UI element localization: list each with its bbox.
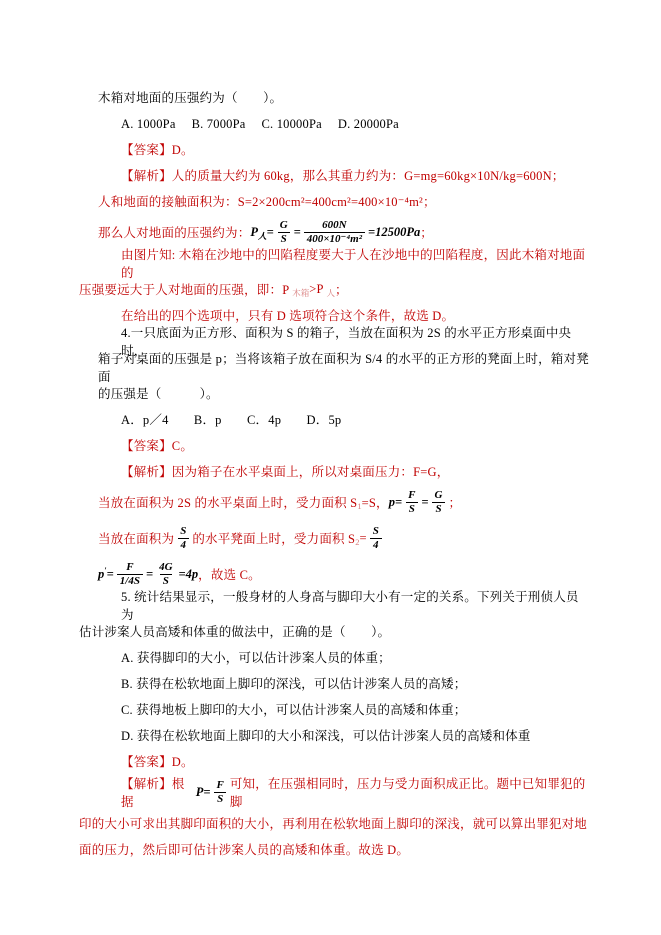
document-line-21: A. 获得脚印的大小，可以估计涉案人员的体重；: [79, 644, 591, 670]
text-segment: 2: [355, 537, 359, 547]
document-line-4: 【解析】人的质量大约为 60kg，那么其重力约为：G=mg=60kg×10N/k…: [79, 162, 591, 188]
text-segment: ；: [420, 223, 433, 241]
fraction-numerator: F: [123, 561, 136, 573]
fraction-numerator: S: [177, 525, 189, 537]
document-line-28: 面的压力，然后即可估计涉案人员的高矮和体重。故选 D。: [79, 836, 591, 862]
text-segment: 5. 统计结果显示，一般身材的人身高与脚印大小有一定的关系。下列关于刑侦人员为: [121, 587, 591, 623]
fraction-denominator: S: [406, 502, 418, 515]
document-line-1: 木箱对地面的压强约为（ ）。: [79, 84, 591, 110]
text-segment: 印的大小可求出其脚印面积的大小，再利用在松软地面上脚印的深浅，就可以算出罪犯对地: [79, 814, 587, 832]
fraction-numerator: S: [370, 525, 382, 537]
fraction-denominator: S: [278, 232, 290, 245]
text-segment: 面的压力，然后即可估计涉案人员的高矮和体重。故选 D。: [79, 840, 409, 858]
text-segment: =: [294, 225, 301, 240]
text-segment: 当放在面积为 2S 的水平桌面上时，受力面积 S: [98, 493, 357, 511]
text-segment: =: [359, 531, 366, 546]
document-line-19: 5. 统计结果显示，一般身材的人身高与脚印大小有一定的关系。下列关于刑侦人员为: [79, 592, 591, 618]
text-segment: =: [146, 567, 153, 582]
text-segment: 【答案】D。: [121, 140, 194, 158]
fraction: 4GS: [156, 561, 175, 586]
text-segment: 在给出的四个选项中，只有 D 选项符合这个条件，故选 D。: [121, 306, 454, 324]
fraction-denominator: S: [432, 502, 444, 515]
text-segment: D. 获得在松软地面上脚印的大小和深浅，可以估计涉案人员的高矮和体重: [121, 726, 531, 744]
text-segment: ′: [104, 565, 106, 575]
text-segment: 【答案】C。: [121, 436, 193, 454]
document-line-22: B. 获得在松软地面上脚印的深浅，可以估计涉案人员的高矮；: [79, 670, 591, 696]
text-segment: =12500Pa: [368, 225, 420, 240]
text-segment: 【解析】因为箱子在水平桌面上，所以对桌面压力：F=G，: [121, 462, 449, 480]
text-segment: 木箱: [292, 287, 309, 299]
text-segment: =S，: [362, 493, 389, 511]
document-line-25: 【答案】D。: [79, 748, 591, 774]
document-line-13: A．p／4 B．p C．4p D．5p: [79, 406, 591, 432]
text-segment: A．p／4 B．p C．4p D．5p: [121, 410, 341, 428]
fraction: F1/4S: [117, 561, 143, 586]
text-segment: 人和地面的接触面积为：S=2×200cm²=400cm²=400×10⁻⁴m²；: [98, 192, 436, 210]
fraction-numerator: G: [432, 489, 446, 501]
fraction: FS: [405, 489, 418, 514]
document-line-17: 当放在面积为S4的水平凳面上时，受力面积 S2=S4: [79, 520, 591, 556]
fraction-denominator: 1/4S: [117, 574, 143, 587]
document-body: 木箱对地面的压强约为（ ）。A. 1000Pa B. 7000Pa C. 100…: [79, 84, 591, 862]
text-segment: P: [250, 225, 258, 240]
document-line-7: 由图片知: 木箱在沙地中的凹陷程度要大于人在沙地中的凹陷程度，因此木箱对地面的: [79, 250, 591, 276]
document-line-15: 【解析】因为箱子在水平桌面上，所以对桌面压力：F=G，: [79, 458, 591, 484]
document-line-16: 当放在面积为 2S 的水平桌面上时，受力面积 S1=S，p=FS=GS；: [79, 484, 591, 520]
text-segment: P: [196, 785, 204, 800]
text-segment: 【答案】D。: [121, 752, 194, 770]
text-segment: =: [267, 225, 274, 240]
text-segment: =: [107, 567, 114, 582]
fraction-denominator: 4: [370, 538, 382, 551]
fraction: S4: [177, 525, 189, 550]
text-segment: C. 获得地板上脚印的大小，可以估计涉案人员的高矮和体重；: [121, 700, 466, 718]
text-segment: ；: [449, 493, 462, 511]
text-segment: 人: [327, 287, 336, 299]
text-segment: 人: [258, 230, 267, 242]
fraction-numerator: F: [405, 489, 418, 501]
text-segment: ，故选 C。: [198, 565, 261, 583]
text-segment: =: [421, 495, 428, 510]
fraction: FS: [213, 779, 226, 804]
document-line-24: D. 获得在松软地面上脚印的大小和深浅，可以估计涉案人员的高矮和体重: [79, 722, 591, 748]
fraction: S4: [370, 525, 382, 550]
text-segment: 当放在面积为: [98, 529, 174, 547]
fraction: 600N400×10⁻⁴m²: [304, 219, 365, 244]
text-segment: 1: [357, 501, 361, 511]
fraction: GS: [277, 219, 291, 244]
document-line-2: A. 1000Pa B. 7000Pa C. 10000Pa D. 20000P…: [79, 110, 591, 136]
text-segment: 木箱对地面的压强约为（ ）。: [98, 88, 282, 106]
text-segment: =: [395, 495, 402, 510]
text-segment: =: [203, 785, 210, 800]
fraction-denominator: S: [214, 792, 226, 805]
text-segment: 【解析】人的质量大约为 60kg，那么其重力约为：G=mg=60kg×10N/k…: [121, 166, 565, 184]
text-segment: 的水平凳面上时，受力面积 S: [192, 529, 355, 547]
text-segment: 可知，在压强相同时，压力与受力面积成正比。题中已知罪犯的脚: [230, 774, 591, 810]
text-segment: A. 1000Pa B. 7000Pa C. 10000Pa D. 20000P…: [121, 114, 399, 132]
fraction-denominator: 400×10⁻⁴m²: [304, 232, 365, 245]
text-segment: 压强要远大于人对地面的压强，即：P: [79, 280, 292, 298]
fraction-numerator: G: [277, 219, 291, 231]
document-line-26: 【解析】根据P=FS可知，在压强相同时，压力与受力面积成正比。题中已知罪犯的脚: [79, 774, 591, 810]
text-segment: 的压强是（ ）。: [98, 384, 219, 402]
text-segment: =4p: [179, 567, 199, 582]
text-segment: 那么人对地面的压强约为：: [98, 223, 250, 241]
text-segment: 估计涉案人员高矮和体重的做法中，正确的是（ ）。: [79, 622, 390, 640]
text-segment: A. 获得脚印的大小，可以估计涉案人员的体重；: [121, 648, 391, 666]
text-segment: >P: [309, 282, 326, 297]
fraction-numerator: 4G: [156, 561, 175, 573]
document-line-23: C. 获得地板上脚印的大小，可以估计涉案人员的高矮和体重；: [79, 696, 591, 722]
document-page: 木箱对地面的压强约为（ ）。A. 1000Pa B. 7000Pa C. 100…: [0, 0, 661, 935]
text-segment: 【解析】根据: [121, 774, 196, 810]
text-segment: ；: [335, 280, 348, 298]
fraction-denominator: 4: [178, 538, 190, 551]
document-line-27: 印的大小可求出其脚印面积的大小，再利用在松软地面上脚印的深浅，就可以算出罪犯对地: [79, 810, 591, 836]
fraction-numerator: 600N: [319, 219, 349, 231]
document-line-11: 箱子对桌面的压强是 p；当将该箱子放在面积为 S/4 的水平的正方形的凳面上时，…: [79, 354, 591, 380]
text-segment: B. 获得在松软地面上脚印的深浅，可以估计涉案人员的高矮；: [121, 674, 466, 692]
document-line-3: 【答案】D。: [79, 136, 591, 162]
fraction-denominator: S: [160, 574, 172, 587]
document-line-14: 【答案】C。: [79, 432, 591, 458]
text-segment: 由图片知: 木箱在沙地中的凹陷程度要大于人在沙地中的凹陷程度，因此木箱对地面的: [121, 245, 591, 281]
document-line-5: 人和地面的接触面积为：S=2×200cm²=400cm²=400×10⁻⁴m²；: [79, 188, 591, 214]
text-segment: 箱子对桌面的压强是 p；当将该箱子放在面积为 S/4 的水平的正方形的凳面上时，…: [98, 349, 591, 385]
fraction: GS: [432, 489, 446, 514]
fraction-numerator: F: [213, 779, 226, 791]
